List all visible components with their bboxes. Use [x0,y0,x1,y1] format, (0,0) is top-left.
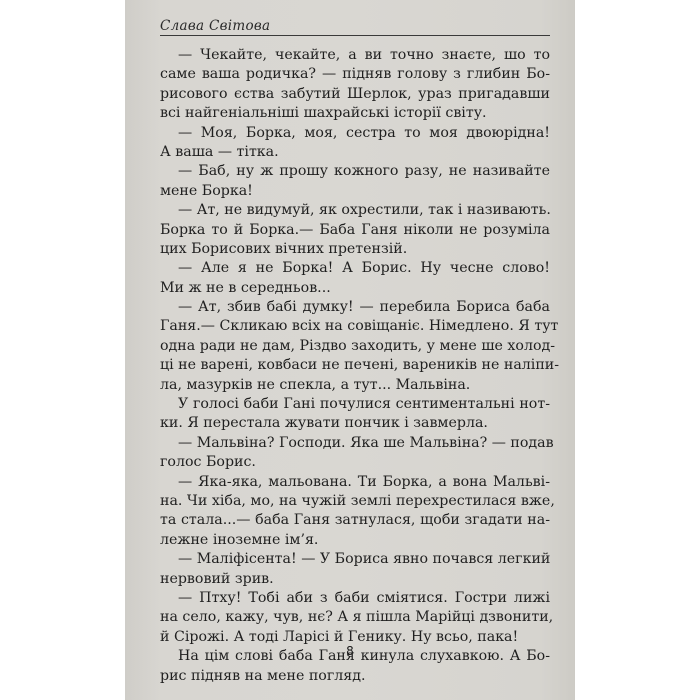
text-line: Ганя.— Скликаю всіх на совіщаніє. Німедл… [160,317,550,336]
page-number: 8 [125,644,575,658]
text-line: У голосі баби Гані почулися сентименталь… [160,395,550,414]
text-line: цих Борисових вічних претензій. [160,240,550,259]
text-line: ці не варені, ковбаси не печені, вареник… [160,356,550,375]
text-line: рисового єства забутий Шерлок, ураз приг… [160,85,550,104]
text-line: ла, мазурків не спекла, а тут... Мальвін… [160,376,550,395]
text-line: — Чекайте, чекайте, а ви точно знаєте, ш… [160,46,550,65]
text-line: — Але я не Борка! А Борис. Ну чесне слов… [160,259,550,278]
text-line: — Моя, Борка, моя, сестра то моя двоюрід… [160,124,550,143]
text-line: — Яка-яка, мальована. Ти Борка, а вона М… [160,473,550,492]
text-line: рис підняв на мене погляд. [160,667,550,686]
text-line: всі найгеніальніші шахрайські історії св… [160,104,550,123]
text-line: — Ат, не видумуй, як охрестили, так і на… [160,201,550,220]
text-line: нервовий зрив. [160,570,550,589]
text-line: на. Чи хіба, мо, на чужій землі перехрес… [160,492,550,511]
text-line: лежне іноземне ім’я. [160,531,550,550]
text-line: — Мальвіна? Господи. Яка ше Мальвіна? — … [160,434,550,453]
text-line: — Ат, збив бабі думку! — перебила Бориса… [160,298,550,317]
text-line: — Маліфісента! — У Бориса явно почався л… [160,550,550,569]
text-line: на село, кажу, чув, нє? А я пішла Марійц… [160,608,550,627]
text-line: саме ваша родичка? — підняв голову з гли… [160,65,550,84]
text-line: — Птху! Тобі аби з баби сміятися. Гостри… [160,589,550,608]
body-text: — Чекайте, чекайте, а ви точно знаєте, ш… [160,46,550,686]
text-line: мене Борка! [160,182,550,201]
text-line: одна ради не дам, Різдво заходить, у мен… [160,337,550,356]
text-line: голос Борис. [160,453,550,472]
book-page: Слава Світова — Чекайте, чекайте, а ви т… [125,0,575,700]
running-head: Слава Світова [160,18,550,36]
text-line: Ми ж не в середньов... [160,279,550,298]
text-line: Борка то й Борка.— Баба Ганя ніколи не р… [160,221,550,240]
text-line: А ваша — тітка. [160,143,550,162]
text-line: — Баб, ну ж прошу кожного разу, не назив… [160,162,550,181]
text-line: та стала...— баба Ганя затнулася, щоби з… [160,511,550,530]
text-line: ки. Я перестала жувати пончик і завмерла… [160,414,550,433]
